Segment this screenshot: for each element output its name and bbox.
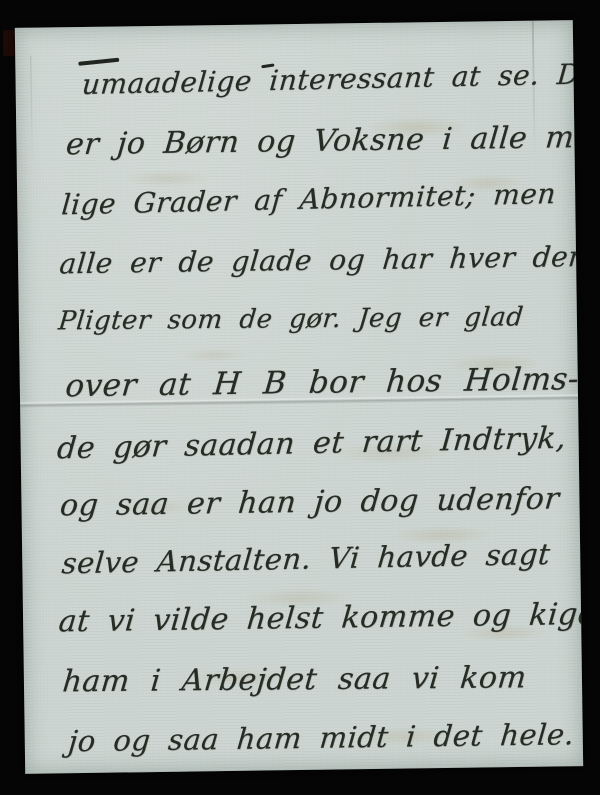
handwriting-line: over at H B bor hos Holms-, bbox=[64, 364, 583, 402]
letter-page: umaadelige interessant at se. Der er jo … bbox=[15, 20, 583, 774]
handwriting-line: Pligter som de gør. Jeg er glad bbox=[57, 304, 525, 334]
handwriting-line: at vi vilde helst komme og kige bbox=[57, 600, 583, 638]
handwriting-line: alle er de glade og har hver deres- bbox=[58, 242, 583, 278]
handwriting-line: ham i Arbejdet saa vi kom bbox=[61, 663, 528, 697]
archive-edge-mark bbox=[3, 30, 15, 56]
handwriting-line: er jo Børn og Voksne i alle mu- bbox=[65, 123, 584, 161]
handwriting-line: og saa er han jo dog udenfor bbox=[59, 484, 561, 521]
handwriting-line: jo og saa ham midt i det hele. bbox=[67, 720, 576, 756]
photo-background: umaadelige interessant at se. Der er jo … bbox=[0, 0, 600, 795]
